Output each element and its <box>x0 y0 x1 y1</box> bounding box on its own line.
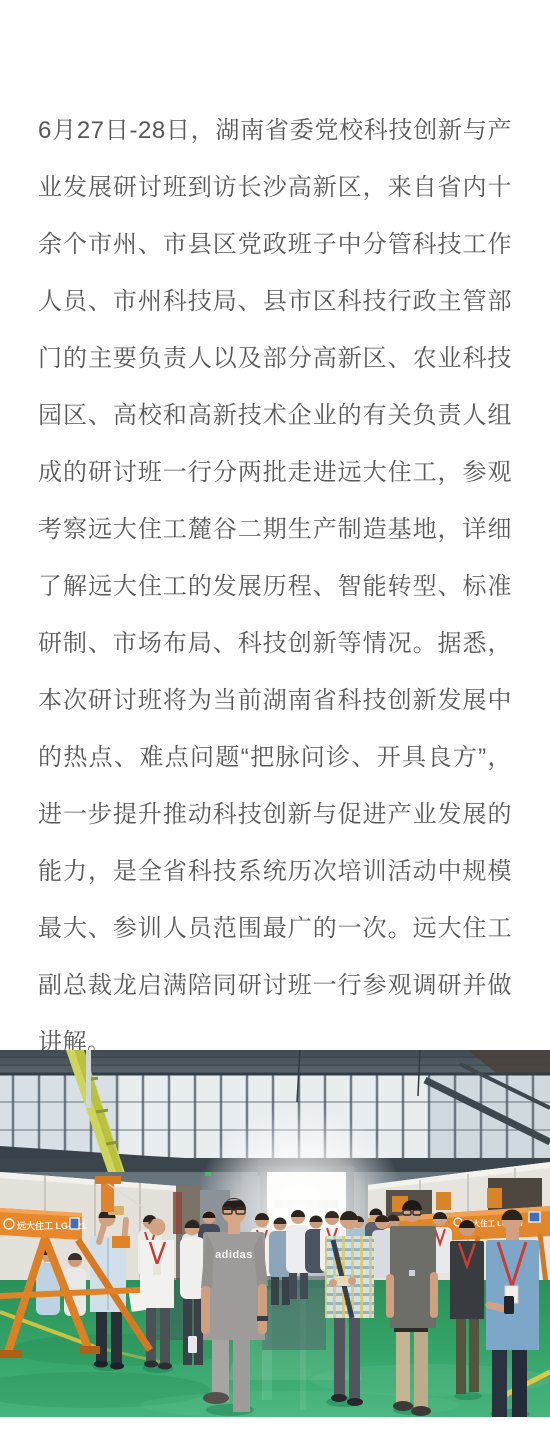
phone <box>188 1336 197 1353</box>
arm <box>430 1272 438 1318</box>
left-rack-tag <box>70 1218 79 1229</box>
arm <box>201 1286 210 1334</box>
shirt-tag <box>409 1270 415 1276</box>
article-photo[interactable]: 远大住工 LG-040 <box>0 1050 550 1417</box>
wall-banner <box>173 1192 182 1234</box>
badge <box>153 1264 161 1275</box>
adidas-logo: adidas <box>215 1249 253 1261</box>
article-paragraph: 6月27日-28日，湖南省委党校科技创新与产业发展研讨班到访长沙高新区，来自省内… <box>38 102 512 1071</box>
arm <box>386 1274 394 1318</box>
factory-photo-scene: 远大住工 LG-040 <box>0 1050 550 1417</box>
watch <box>257 1316 268 1321</box>
right-rack-tag <box>529 1212 540 1222</box>
phone <box>504 1296 514 1314</box>
roof-pole <box>86 1050 91 1108</box>
article-page: { "page": { "background_color": "#ffffff… <box>0 0 550 1441</box>
arm <box>258 1284 267 1334</box>
